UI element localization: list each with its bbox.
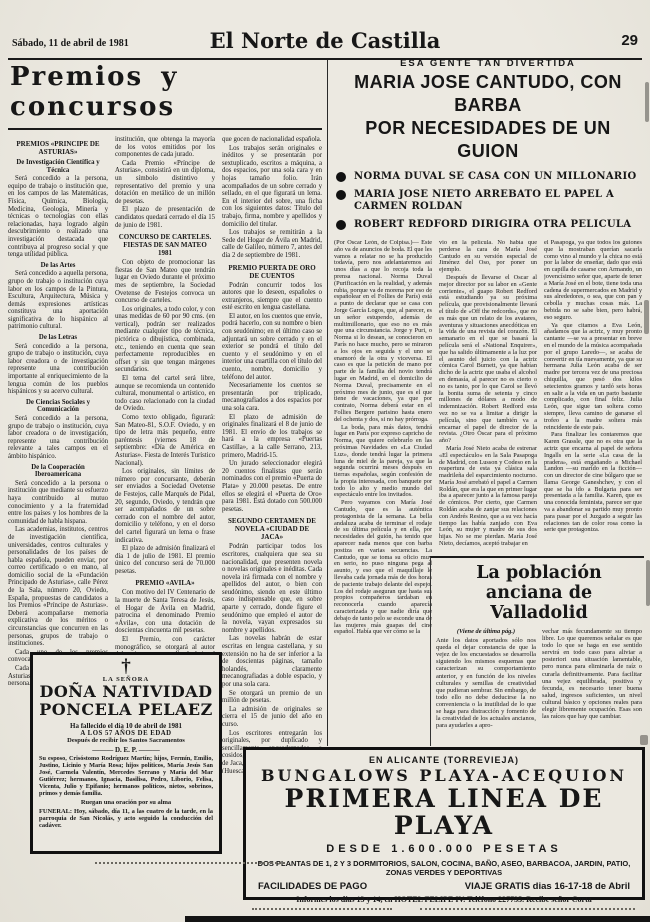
paragraph: María José Nieto acaba de estrenar «El e… bbox=[439, 446, 537, 548]
headline-bullet: MARIA JOSE NIETO ARREBATO EL PAPEL A CAR… bbox=[336, 189, 642, 213]
paragraph: institución, que obtenga la mayoría de l… bbox=[115, 136, 215, 159]
paragraph: Con objeto de promocionar las fiestas de… bbox=[115, 259, 215, 305]
news-column: institución, que obtenga la mayoría de l… bbox=[115, 136, 215, 696]
poblacion-article: La población anciana de Valladolid (Vien… bbox=[430, 556, 644, 746]
paragraph: (Viene de última pág.) bbox=[436, 628, 536, 635]
bullet-text: ROBERT REDFORD DIRIGIRA OTRA PELICULA bbox=[354, 219, 631, 231]
headline-bullets: NORMA DUVAL SE CASA CON UN MILLONARIOMAR… bbox=[334, 171, 642, 231]
paragraph: Necesariamente los cuentos se presentará… bbox=[222, 382, 322, 412]
news-column: (Viene de última pág.)Ante los datos apo… bbox=[436, 628, 536, 766]
ad-trip: VIAJE GRATIS dias 16-17-18 de Abril bbox=[465, 881, 630, 892]
paragraph: El tema del cartel será libre, aunque se… bbox=[115, 375, 215, 413]
headline-line: Valladolid bbox=[436, 603, 642, 623]
paragraph: La boda, para más datos, tendrá lugar en… bbox=[334, 425, 432, 500]
news-column: (Por Oscar León, de Colpisa.)— Este año … bbox=[334, 240, 432, 780]
paragraph: Después de llevarse el Oscar al mejor di… bbox=[439, 275, 537, 445]
premios-headline: Premios y concursos bbox=[8, 60, 322, 130]
category-subhead: De las Artes bbox=[8, 262, 108, 270]
category-subhead: De la Cooperación Iberoamericana bbox=[8, 464, 108, 479]
article-subhead: SEGUNDO CERTAMEN DE NOVELA «CIUDAD DE JA… bbox=[223, 517, 321, 541]
paragraph: vio en la película. No había que perders… bbox=[439, 240, 537, 274]
cross-icon: † bbox=[39, 658, 213, 676]
paragraph: Se otorgará un premio de un millón de pe… bbox=[222, 690, 322, 705]
article-subhead: PREMIO «AVILA» bbox=[116, 579, 214, 587]
ad-price: DESDE 1.600.000 PESETAS bbox=[246, 843, 642, 855]
paragraph: Las novelas habrán de estar escritas en … bbox=[222, 635, 322, 688]
ad-location: EN ALICANTE (TORREVIEJA) bbox=[246, 755, 642, 765]
headline-bullet: NORMA DUVAL SE CASA CON UN MILLONARIO bbox=[336, 171, 642, 183]
ad-contact: Informes los días 13 y 14, en HOTEL FELI… bbox=[246, 895, 642, 904]
paragraph: Las academias, institutos, centros de in… bbox=[8, 526, 108, 648]
obituary-notice: † LA SEÑORA DOÑA NATIVIDAD PONCELA PELAE… bbox=[30, 652, 222, 854]
funeral-info: FUNERAL: Hoy, sábado, día 11, a las cuat… bbox=[39, 808, 213, 829]
news-column: vio en la película. No había que perders… bbox=[439, 240, 537, 592]
headline-bullet: ROBERT REDFORD DIRIGIRA OTRA PELICULA bbox=[336, 219, 642, 231]
paragraph: Será concedido a la persona, grupo de tr… bbox=[8, 415, 108, 461]
paragraph: El plazo de admisión finalizará el día 1… bbox=[115, 545, 215, 575]
page-number: 29 bbox=[621, 32, 638, 49]
paragraph: Será concedido a aquella persona, grupo … bbox=[8, 270, 108, 331]
paragraph: Ante los datos aportados sólo nos queda … bbox=[436, 637, 536, 729]
paragraph: Ya que citamos a Eva León, añadamos que … bbox=[544, 323, 642, 432]
ad-headline: PRIMERA LINEA DE PLAYA bbox=[246, 785, 642, 839]
article-subhead: PREMIO PUERTA DE ORO DE CUENTOS bbox=[223, 264, 321, 280]
news-column: el Pasapoga, ya que todos los guiones qu… bbox=[544, 240, 642, 588]
paragraph: Los trabajos se remitirán a la Sede del … bbox=[222, 229, 322, 259]
ad-payment: FACILIDADES DE PAGO bbox=[258, 881, 367, 892]
paragraph: que gocen de nacionalidad española. bbox=[222, 136, 322, 144]
article-subhead: PREMIOS «PRINCIPE DE ASTURIAS» bbox=[9, 140, 107, 156]
ad-title: BUNGALOWS PLAYA-ACEQUION bbox=[246, 766, 642, 785]
category-subhead: De Ciencias Sociales y Comunicación bbox=[8, 399, 108, 414]
scan-edge-bar bbox=[185, 916, 650, 922]
paragraph: Los trabajos serán originales e inéditos… bbox=[222, 145, 322, 229]
dep-line: ——— D. E. P. ——— bbox=[39, 746, 213, 754]
family-text: Su esposo, Crisóstomo Rodríguez Martín; … bbox=[39, 756, 213, 797]
ad-features: DOS PLANTAS DE 1, 2 Y 3 DORMITORIOS, SAL… bbox=[256, 859, 632, 877]
paragraph: Con motivo del IV Centenario de la muert… bbox=[115, 589, 215, 635]
dotted-rule bbox=[252, 908, 392, 910]
dotted-rule bbox=[95, 862, 285, 864]
category-subhead: De las Letras bbox=[8, 334, 108, 342]
headline-line: La población anciana de bbox=[436, 563, 642, 603]
article-kicker: ESA GENTE TAN DIVERTIDA bbox=[334, 58, 642, 69]
scan-smudge bbox=[646, 560, 650, 606]
paragraph: Un jurado seleccionador elegirá 20 cuent… bbox=[222, 460, 322, 513]
paragraph: el Pasapoga, ya que todos los guiones qu… bbox=[544, 240, 642, 322]
paragraph: Cada Premio «Príncipe de Asturias», cons… bbox=[115, 160, 215, 206]
paragraph: Será concedido a la persona, grupo de tr… bbox=[8, 343, 108, 396]
paragraph: vechar más fecundamente su tiempo libre.… bbox=[542, 628, 642, 720]
news-column: vechar más fecundamente su tiempo libre.… bbox=[542, 628, 642, 766]
prayer-line: Ruegan una oración por su alma bbox=[39, 799, 213, 806]
paragraph: Para finalizar les contaremos que Karen … bbox=[544, 432, 642, 534]
masthead: El Norte de Castilla bbox=[8, 28, 642, 53]
page-header: Sábado, 11 de abril de 1981 El Norte de … bbox=[8, 26, 642, 60]
ad-offer-row: FACILIDADES DE PAGO VIAJE GRATIS dias 16… bbox=[246, 881, 642, 892]
scan-smudge bbox=[640, 735, 648, 745]
name-line: DOÑA NATIVIDAD bbox=[39, 683, 213, 701]
name-line: PONCELA PELAEZ bbox=[39, 701, 213, 719]
newspaper-page: Sábado, 11 de abril de 1981 El Norte de … bbox=[0, 0, 650, 922]
bullet-dot-icon bbox=[336, 220, 346, 230]
paragraph: Pero vayamos con María José Cantudo, que… bbox=[334, 500, 432, 636]
headline-line: MARIA JOSE CANTUDO, CON BARBA bbox=[334, 71, 642, 117]
paragraph: Como texto obligado, figurará: San Mateo… bbox=[115, 414, 215, 467]
bullet-text: NORMA DUVAL SE CASA CON UN MILLONARIO bbox=[354, 171, 636, 183]
paragraph: El plazo de presentación de candidatos q… bbox=[115, 206, 215, 229]
age-line: A LOS 57 AÑOS DE EDAD bbox=[39, 730, 213, 737]
section-divider bbox=[327, 60, 328, 746]
paragraph: (Por Oscar León, de Colpisa.)— Este año … bbox=[334, 240, 432, 424]
scan-smudge bbox=[645, 82, 649, 122]
paragraph: Será concedido a la persona, equipo de t… bbox=[8, 175, 108, 259]
paragraph: Los originales, sin límites de número po… bbox=[115, 468, 215, 544]
scan-smudge bbox=[644, 300, 649, 334]
paragraph: Los originales, a todo color, y con unas… bbox=[115, 306, 215, 374]
paragraph: La admisión de originales se cierra el 1… bbox=[222, 706, 322, 729]
poblacion-columns: (Viene de última pág.)Ante los datos apo… bbox=[436, 628, 642, 766]
poblacion-headline: La población anciana de Valladolid bbox=[436, 563, 642, 623]
paragraph: El autor, en los cuentos que envíe, podr… bbox=[222, 313, 322, 381]
dotted-rule bbox=[420, 908, 635, 910]
sacraments-line: Después de recibir los Santos Sacramento… bbox=[39, 737, 213, 744]
paragraph: Podrán participar todos los escritores, … bbox=[222, 543, 322, 634]
news-column: PREMIOS «PRINCIPE DE ASTURIAS»De Investi… bbox=[8, 136, 108, 685]
article-subhead: CONCURSO DE CARTELES. FIESTAS DE SAN MAT… bbox=[116, 233, 214, 257]
bullet-dot-icon bbox=[336, 190, 346, 200]
deceased-name: DOÑA NATIVIDAD PONCELA PELAEZ bbox=[39, 683, 213, 719]
headline-line: POR NECESIDADES DE UN GUION bbox=[334, 117, 642, 163]
bullet-dot-icon bbox=[336, 172, 346, 182]
article-headline: MARIA JOSE CANTUDO, CON BARBA POR NECESI… bbox=[334, 71, 642, 163]
paragraph: El plazo de admisión de originales final… bbox=[222, 414, 322, 460]
news-column: que gocen de nacionalidad española.Los t… bbox=[222, 136, 322, 773]
bungalows-ad: EN ALICANTE (TORREVIEJA) BUNGALOWS PLAYA… bbox=[243, 747, 645, 900]
death-date: Ha fallecido el día 10 de abril de 1981 bbox=[39, 722, 213, 730]
paragraph: Podrán concurrir todos los autores que l… bbox=[222, 282, 322, 312]
bullet-text: MARIA JOSE NIETO ARREBATO EL PAPEL A CAR… bbox=[354, 189, 642, 213]
paragraph: Será concedido a la persona o institució… bbox=[8, 480, 108, 526]
category-subhead: De Investigación Científica y Técnica bbox=[8, 159, 108, 174]
